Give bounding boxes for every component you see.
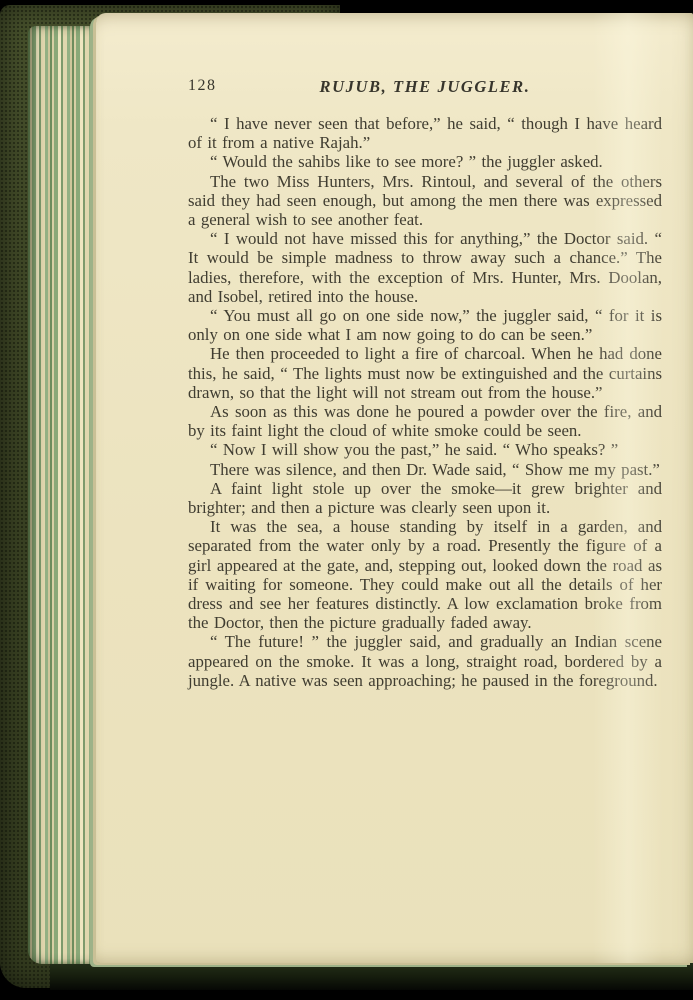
stacked-page-edges — [28, 26, 102, 964]
paragraph: The two Miss Hunters, Mrs. Rintoul, and … — [188, 172, 662, 230]
paragraph: He then proceeded to light a fire of cha… — [188, 344, 662, 402]
paragraph: It was the sea, a house standing by itse… — [188, 517, 662, 632]
paragraph: “ Now I will show you the past,” he said… — [188, 440, 662, 459]
running-title: RUJUB, THE JUGGLER. — [188, 77, 662, 97]
page-content: 128 RUJUB, THE JUGGLER. “ I have never s… — [96, 13, 693, 690]
paragraph: “ The future! ” the juggler said, and gr… — [188, 632, 662, 690]
book-page: 128 RUJUB, THE JUGGLER. “ I have never s… — [96, 13, 693, 963]
paragraph: “ You must all go on one side now,” the … — [188, 306, 662, 344]
page-number: 128 — [188, 77, 217, 95]
paragraph: “ I would not have missed this for anyth… — [188, 229, 662, 306]
paragraph: A faint light stole up over the smoke—it… — [188, 479, 662, 517]
scan-background: 128 RUJUB, THE JUGGLER. “ I have never s… — [0, 0, 693, 1000]
body-text: “ I have never seen that before,” he sai… — [188, 114, 662, 690]
paragraph: There was silence, and then Dr. Wade sai… — [188, 460, 662, 479]
paragraph: “ Would the sahibs like to see more? ” t… — [188, 152, 662, 171]
paragraph: As soon as this was done he poured a pow… — [188, 402, 662, 440]
book-cover-bottom-edge — [50, 962, 693, 990]
page-header: 128 RUJUB, THE JUGGLER. — [188, 77, 662, 101]
paragraph: “ I have never seen that before,” he sai… — [188, 114, 662, 152]
